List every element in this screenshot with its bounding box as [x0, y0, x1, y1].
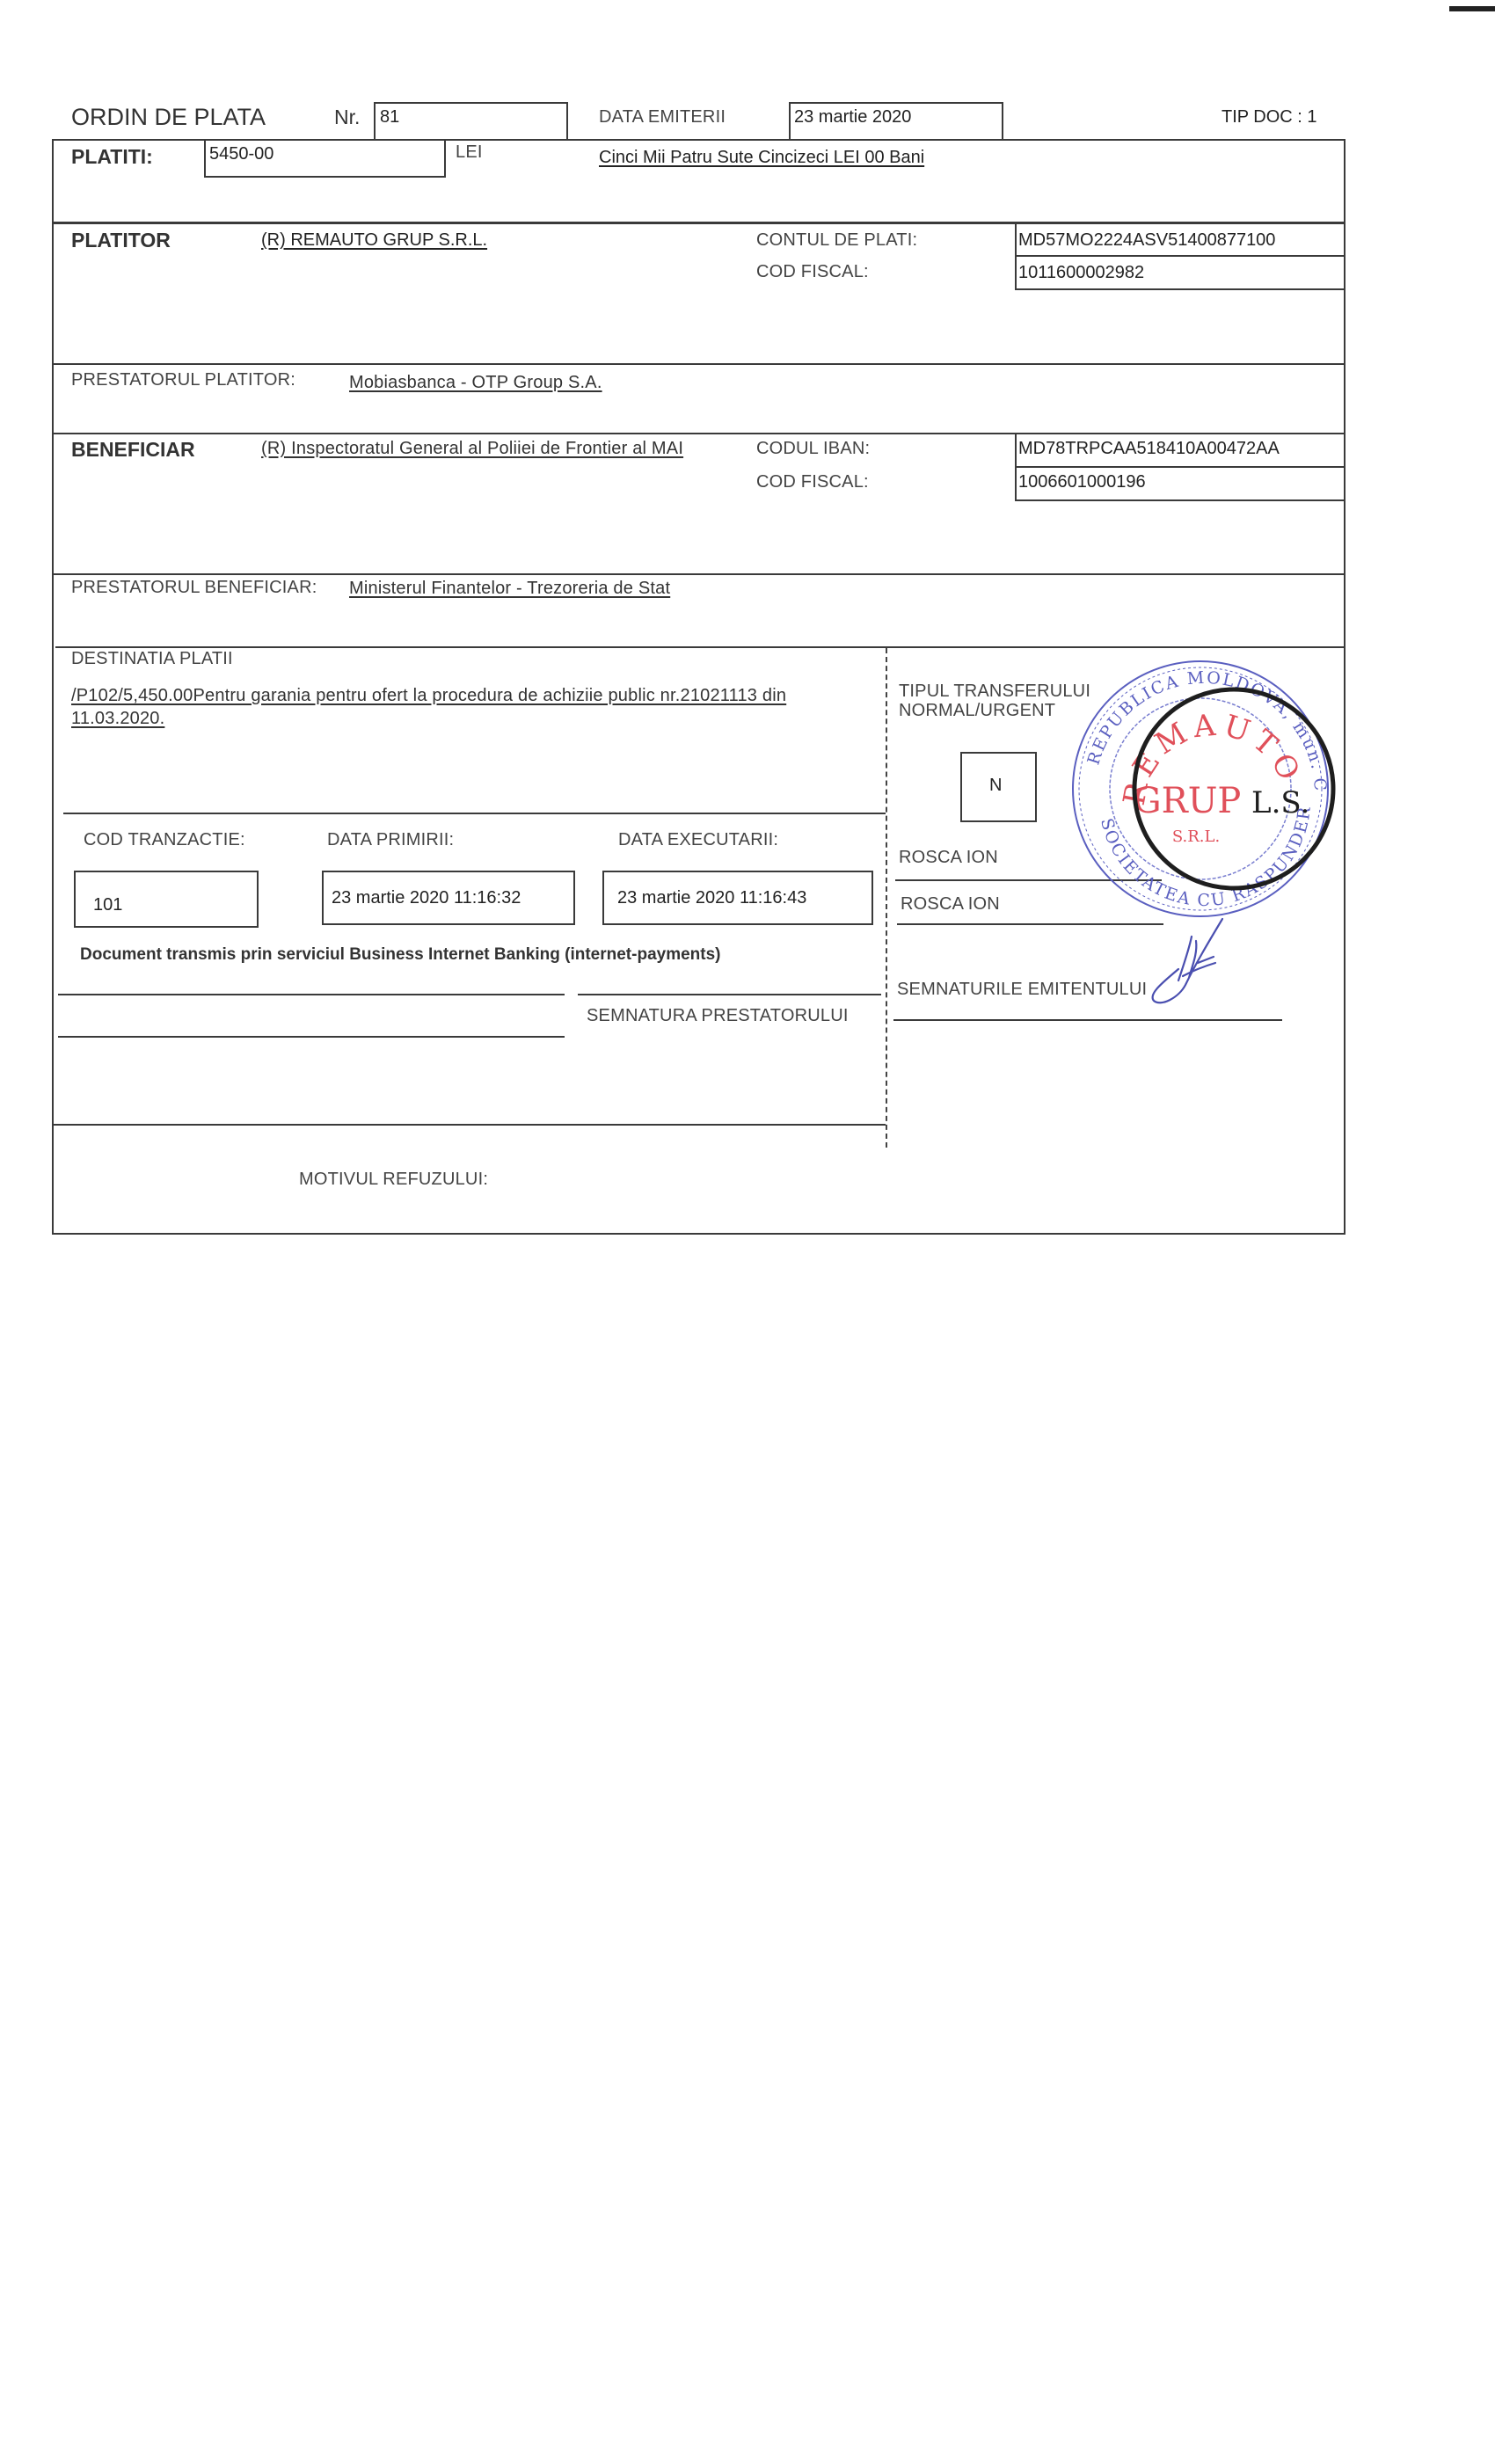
company-stamp-icon: REPUBLICA MOLDOVA, mun. CHISINAU SOCIETA…	[1064, 652, 1345, 934]
nr-field	[374, 102, 568, 141]
beneficiar-name: (R) Inspectoratul General al Poliiei de …	[261, 439, 683, 459]
data-executarii-label: DATA EXECUTARII:	[618, 830, 778, 850]
scan-mark	[1449, 6, 1495, 11]
signatory-2: ROSCA ION	[901, 894, 1000, 915]
data-emiterii-label: DATA EMITERII	[599, 107, 726, 128]
svg-text:GRUP: GRUP	[1134, 781, 1242, 821]
cod-tranzactie-label: COD TRANZACTIE:	[84, 830, 245, 850]
contul-de-plati-label: CONTUL DE PLATI:	[756, 230, 917, 251]
platitor-cod-fiscal-value: 1011600002982	[1018, 263, 1144, 283]
data-executarii-value: 23 martie 2020 11:16:43	[617, 888, 806, 908]
divider-platitor	[52, 222, 1345, 224]
signature-line-left-bottom	[58, 1036, 565, 1038]
codul-iban-value: MD78TRPCAA518410A00472AA	[1018, 439, 1280, 459]
signature-line-left-top	[58, 994, 565, 995]
normal-urgent-label: NORMAL/URGENT	[899, 701, 1055, 721]
emitent-signature-line	[893, 1019, 1282, 1021]
amount-value: 5450-00	[209, 144, 273, 164]
platitor-row-divider	[1015, 255, 1344, 257]
nr-value: 81	[380, 107, 399, 128]
platitor-name: (R) REMAUTO GRUP S.R.L.	[261, 230, 487, 251]
codul-iban-label: CODUL IBAN:	[756, 439, 870, 459]
divider-tranzactie	[63, 813, 886, 814]
platiti-label: PLATITI:	[71, 145, 153, 169]
amount-in-words: Cinci Mii Patru Sute Cincizeci LEI 00 Ba…	[599, 148, 924, 168]
prestatorul-platitor-value: Mobiasbanca - OTP Group S.A.	[349, 373, 602, 393]
tipul-transferului-label: TIPUL TRANSFERULUI	[899, 682, 1090, 702]
destinatia-label: DESTINATIA PLATII	[71, 649, 233, 669]
destinatia-line1: /P102/5,450.00Pentru garania pentru ofer…	[71, 686, 786, 706]
data-primirii-value: 23 martie 2020 11:16:32	[332, 888, 521, 908]
signature-line-prestator-top	[578, 994, 881, 995]
data-primirii-label: DATA PRIMIRII:	[327, 830, 454, 850]
svg-text:L.S.: L.S.	[1251, 785, 1309, 820]
handwritten-signature-icon	[1143, 915, 1249, 1011]
cod-tranzactie-value: 101	[93, 895, 122, 915]
currency-label: LEI	[456, 142, 483, 163]
divider-prestatorul-beneficiar	[54, 573, 1345, 575]
prestatorul-beneficiar-label: PRESTATORUL BENEFICIAR:	[71, 578, 317, 598]
platitor-cod-fiscal-label: COD FISCAL:	[756, 262, 869, 282]
beneficiar-label: BENEFICIAR	[71, 438, 195, 462]
contul-de-plati-value: MD57MO2224ASV51400877100	[1018, 230, 1275, 251]
platitor-label: PLATITOR	[71, 229, 171, 252]
divider-motivul	[54, 1124, 886, 1126]
beneficiar-row-divider	[1015, 466, 1344, 468]
beneficiar-box-top	[1015, 433, 1344, 434]
data-emiterii-value: 23 martie 2020	[794, 107, 911, 128]
divider-destinatia	[55, 646, 1344, 648]
beneficiar-box-bottom	[1015, 499, 1344, 501]
semnatura-prestatorului-label: SEMNATURA PRESTATORULUI	[587, 1006, 849, 1026]
transmission-note: Document transmis prin serviciul Busines…	[80, 945, 721, 965]
signatory-1: ROSCA ION	[899, 848, 998, 868]
section-divider-dashed	[886, 648, 887, 1148]
beneficiar-cod-fiscal-label: COD FISCAL:	[756, 472, 869, 492]
prestatorul-beneficiar-value: Ministerul Finantelor - Trezoreria de St…	[349, 579, 670, 599]
prestatorul-platitor-label: PRESTATORUL PLATITOR:	[71, 370, 295, 390]
semnaturile-emitentului-label: SEMNATURILE EMITENTULUI	[897, 980, 1147, 1000]
document-title: ORDIN DE PLATA	[71, 104, 266, 131]
nr-label: Nr.	[334, 106, 360, 129]
beneficiar-cod-fiscal-value: 1006601000196	[1018, 472, 1146, 492]
platitor-box-bottom	[1015, 288, 1344, 290]
divider-prestatorul-platitor	[52, 363, 1345, 365]
transfer-type-value: N	[989, 776, 1002, 796]
svg-text:S.R.L.: S.R.L.	[1172, 827, 1220, 846]
tip-doc: TIP DOC : 1	[1222, 107, 1317, 128]
motivul-refuzului-label: MOTIVUL REFUZULUI:	[299, 1170, 488, 1190]
destinatia-line2: 11.03.2020.	[71, 709, 164, 729]
